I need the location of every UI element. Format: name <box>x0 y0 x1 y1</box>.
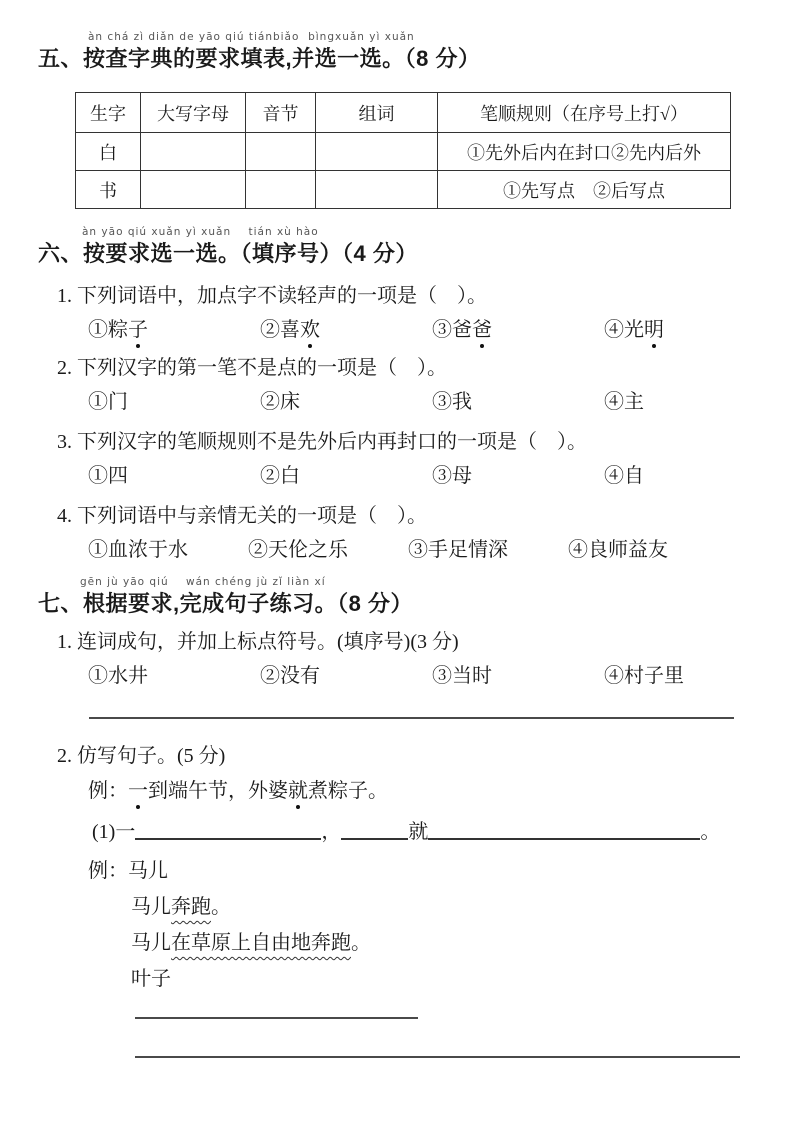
rule-cell: ①先写点 ②后写点 <box>438 171 731 209</box>
option: ②白 <box>260 463 432 493</box>
section6-pinyin: àn yāo qiú xuǎn yì xuǎn tián xù hào <box>82 225 793 239</box>
option: ①四 <box>88 463 260 493</box>
question-stem: 4. 下列词语中与亲情无关的一项是（ ）。 <box>57 503 793 529</box>
question-stem: 2. 下列汉字的第一笔不是点的一项是（ ）。 <box>57 355 793 381</box>
option-row: ①四 ②白 ③母 ④自 <box>88 463 793 493</box>
option: ③我 <box>432 389 604 419</box>
table-row: 书 ①先写点 ②后写点 <box>76 171 731 209</box>
example-sentence: 马儿在草原上自由地奔跑。 <box>131 929 793 957</box>
option: ③手足情深 <box>408 537 568 567</box>
header-syllable: 音节 <box>246 93 316 133</box>
option: ④主 <box>604 389 776 419</box>
option: ①血浓于水 <box>88 537 248 567</box>
option-row: ①血浓于水 ②天伦之乐 ③手足情深 ④良师益友 <box>88 537 793 567</box>
fill-in-row: (1)一，就。 <box>92 819 793 845</box>
dictionary-table: 生字 大写字母 音节 组词 笔顺规则（在序号上打√） 白 ①先外后内在封口②先内… <box>75 92 731 209</box>
blank-line <box>341 820 408 840</box>
option-row: ①门 ②床 ③我 ④主 <box>88 389 793 419</box>
option-row: ①粽子 ②喜欢 ③爸爸 ④光明 <box>88 317 793 347</box>
fill-comma: ， <box>321 821 341 843</box>
option-row: ①水井 ②没有 ③当时 ④村子里 <box>88 663 793 693</box>
option: ②喜欢 <box>260 317 432 347</box>
option: ①水井 <box>88 663 260 693</box>
example-label: 例：马儿 <box>88 857 793 883</box>
table-row: 白 ①先外后内在封口②先内后外 <box>76 133 731 171</box>
header-stroke-rule: 笔顺规则（在序号上打√） <box>438 93 731 133</box>
question-stem: 1. 下列词语中，加点字不读轻声的一项是（ ）。 <box>57 283 793 309</box>
fill-jiu: 就 <box>408 821 428 843</box>
option: ②床 <box>260 389 432 419</box>
fill-period: 。 <box>700 821 720 843</box>
empty-cell <box>316 133 438 171</box>
option: ④良师益友 <box>568 537 728 567</box>
option: ①粽子 <box>88 317 260 347</box>
example-sentence: 例：一到端午节，外婆就煮粽子。 <box>88 777 793 807</box>
option: ③母 <box>432 463 604 493</box>
header-word: 组词 <box>316 93 438 133</box>
example-word: 叶子 <box>131 965 793 991</box>
char-cell: 白 <box>76 133 141 171</box>
option: ④自 <box>604 463 776 493</box>
option: ②天伦之乐 <box>248 537 408 567</box>
empty-cell <box>246 171 316 209</box>
question-stem: 1. 连词成句，并加上标点符号。(填序号)(3 分) <box>57 629 793 655</box>
option: ③爸爸 <box>432 317 604 347</box>
answer-line <box>89 717 734 719</box>
worksheet-page: àn chá zì diǎn de yāo qiú tiánbiǎo bìngx… <box>0 0 793 1122</box>
option: ④村子里 <box>604 663 776 693</box>
section6-title: 六、按要求选一选。（填序号）（4 分） <box>38 239 793 269</box>
empty-cell <box>316 171 438 209</box>
table-header-row: 生字 大写字母 音节 组词 笔顺规则（在序号上打√） <box>76 93 731 133</box>
section7-title: 七、根据要求,完成句子练习。（8 分） <box>38 589 793 619</box>
section5-pinyin: àn chá zì diǎn de yāo qiú tiánbiǎo bìngx… <box>88 30 793 44</box>
blank-line <box>135 820 321 840</box>
section7-pinyin: gēn jù yāo qiú wán chéng jù zǐ liàn xí <box>80 575 793 589</box>
empty-cell <box>141 133 246 171</box>
empty-cell <box>141 171 246 209</box>
question-stem: 3. 下列汉字的笔顺规则不是先外后内再封口的一项是（ ）。 <box>57 429 793 455</box>
fill-prefix: (1)一 <box>92 821 135 843</box>
option: ③当时 <box>432 663 604 693</box>
header-char: 生字 <box>76 93 141 133</box>
section5-title: 五、按查字典的要求填表,并选一选。（8 分） <box>38 44 793 74</box>
header-capital: 大写字母 <box>141 93 246 133</box>
option: ④光明 <box>604 317 776 347</box>
question-stem: 2. 仿写句子。(5 分) <box>57 743 793 769</box>
rule-cell: ①先外后内在封口②先内后外 <box>438 133 731 171</box>
answer-line <box>135 1056 740 1058</box>
answer-line <box>135 1017 418 1019</box>
blank-line <box>428 820 700 840</box>
option: ②没有 <box>260 663 432 693</box>
empty-cell <box>246 133 316 171</box>
example-sentence: 马儿奔跑。 <box>131 893 793 921</box>
char-cell: 书 <box>76 171 141 209</box>
option: ①门 <box>88 389 260 419</box>
